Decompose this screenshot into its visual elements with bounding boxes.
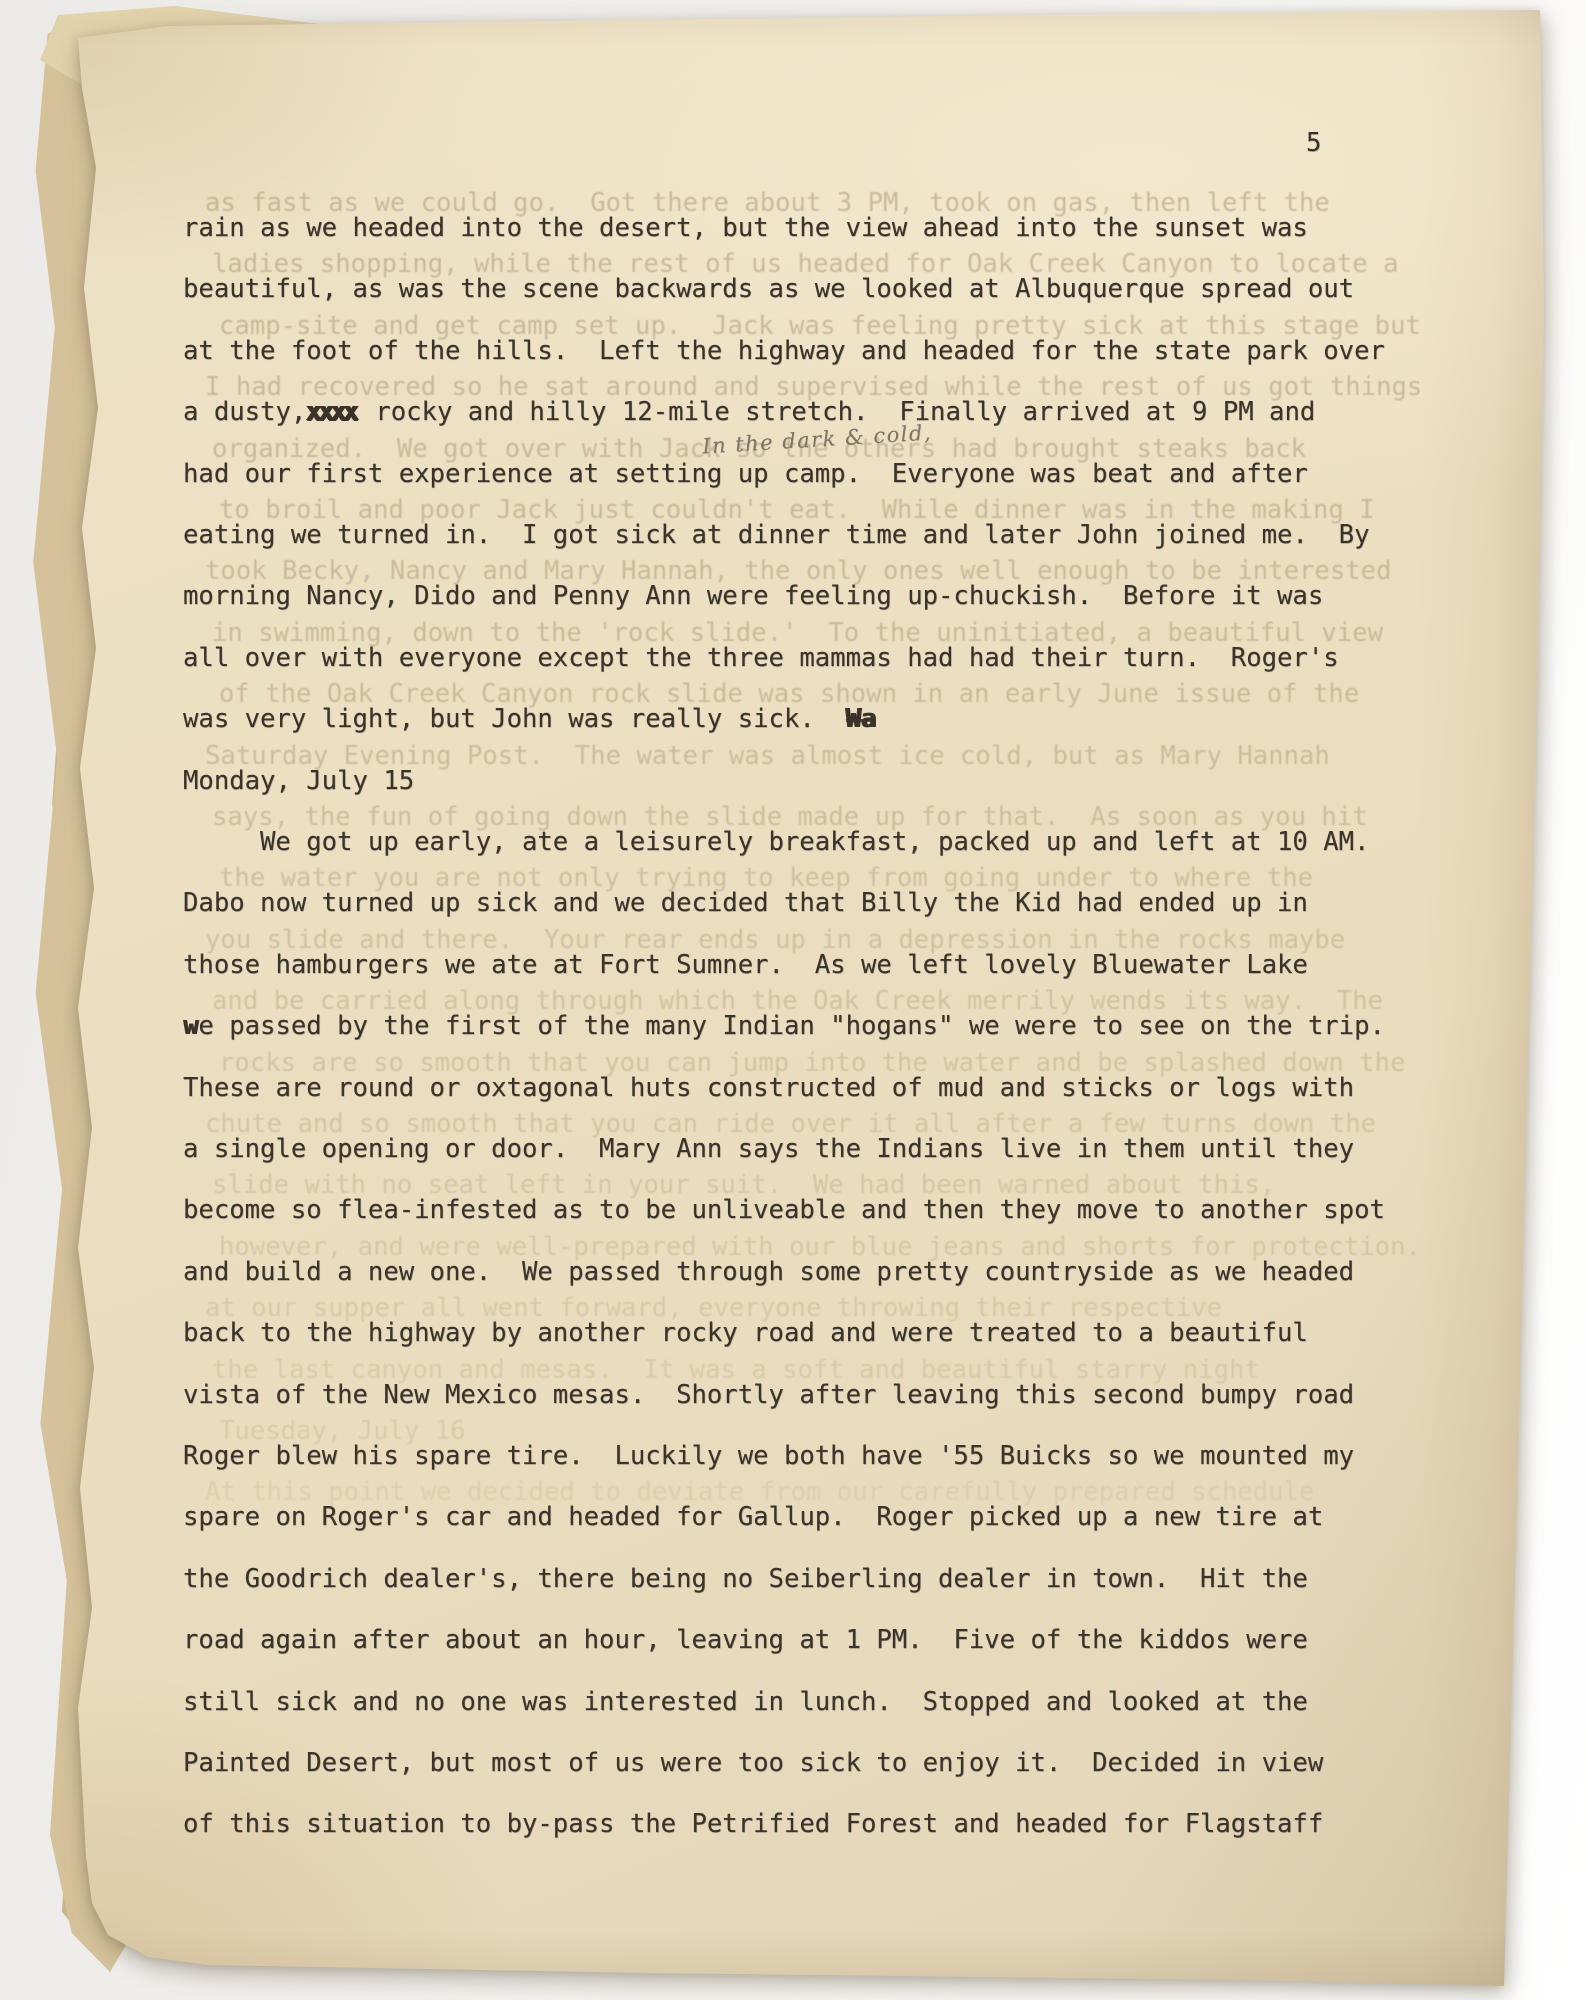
scan-background: as fast as we could go. Got there about … — [0, 0, 1586, 2000]
document-page-wrap — [48, 8, 1554, 1990]
document-page — [48, 8, 1554, 1990]
